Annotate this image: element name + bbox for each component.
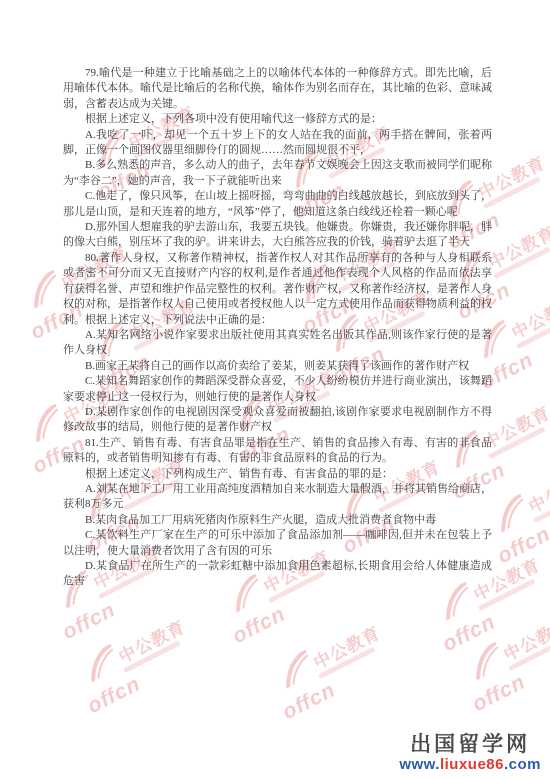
option-a: A.某知名网络小说作家要求出版社使用其真实姓名出版其作品,则该作家行使的是著作人…: [63, 328, 492, 359]
option-b: B.某肉食品加工厂用病死猪肉作原料生产火腿，造成大批消费者食物中毒: [63, 513, 492, 528]
option-a: A.刘某在地下工厂用工业用高纯度酒精加自来水制造大量假酒，并将其销售给商店，获利…: [63, 482, 492, 513]
watermark-brand-cn: 中公教育: [116, 618, 188, 666]
url-www: www.: [399, 756, 440, 773]
watermark-brand-en: offcn: [469, 622, 550, 715]
offcn-swoosh-icon: [23, 270, 65, 309]
option-b: B.多么熟悉的声音，多么动人的曲子，去年春节文娱晚会上因这支歌而被同学们昵称为“…: [63, 158, 492, 189]
scanned-exam-page: 中公教育offcn中公教育offcn中公教育offcn中公教育offcn中公教育…: [0, 0, 550, 778]
watermark-tagline-bar: [516, 317, 550, 350]
offcn-watermark: 中公教育offcn: [490, 441, 550, 561]
watermark-brand-cn: 中公教育: [311, 624, 383, 672]
site-logo-text: 出国留学网: [399, 734, 541, 756]
offcn-watermark: 中公教育offcn: [275, 597, 435, 717]
url-tld: .com: [504, 756, 541, 773]
watermark-tagline-bar: [318, 647, 376, 680]
watermark-tagline-bar: [493, 247, 550, 280]
question-instruction: 根据上述定义，下列构成生产、销售有毒、有害食品的罪的是：: [63, 467, 492, 482]
watermark-brand-cn: 中公教育: [526, 468, 550, 516]
option-d: D.某食品厂在所生产的一款彩虹糖中添加食用色素超标,长期食用会给人体健康造成危害: [63, 559, 492, 590]
question-81: 81.生产、销售有毒、有害食品罪是指在生产、销售的食品掺入有毒、有害的非食品原料…: [63, 436, 492, 590]
offcn-watermark: 中公教育offcn: [465, 589, 550, 709]
watermark-brand-cn: 中公教育: [486, 224, 550, 272]
question-instruction: 根据上述定义，下列各项中没有使用喻代这一修辞方式的是：: [63, 112, 492, 127]
watermark-brand-en: offcn: [84, 624, 240, 717]
offcn-swoosh-icon: [275, 650, 317, 689]
site-footer: 出国留学网 www.liuxue86.com: [399, 734, 541, 773]
offcn-watermark: 中公教育offcn: [80, 591, 240, 711]
option-a: A.我吃了一吓，却见一个五十岁上下的女人站在我的面前，两手搭在髀间，张着两脚，正…: [63, 128, 492, 159]
url-domain: liuxue86: [440, 756, 504, 773]
option-c: C.某饮料生产厂家在生产的可乐中添加了食品添加剂——咖啡因,但并未在包装上予以注…: [63, 528, 492, 559]
option-b: B.画家王某将自己的画作以高价卖给了姜某，则姜某获得了该画作的著作财产权: [63, 359, 492, 374]
watermark-tagline-bar: [508, 639, 550, 672]
option-c: C.某知名舞蹈家创作的舞蹈深受群众喜爱，不少人纷纷模仿并进行商业演出，该舞蹈家要…: [63, 374, 492, 405]
watermark-brand-en: offcn: [494, 474, 550, 567]
question-79: 79.喻代是一种建立于比喻基础之上的以喻体代本体的一种修辞方式。即先比喻，后用喻…: [63, 66, 492, 251]
question-80: 80.著作人身权，又称著作精神权，指著作权人对其作品所享有的各种与人身相联系或者…: [63, 251, 492, 436]
offcn-swoosh-icon: [465, 642, 507, 681]
offcn-swoosh-icon: [80, 644, 122, 683]
offcn-swoosh-icon: [25, 404, 67, 443]
option-d: D.某剧作家创作的电视剧因深受观众喜爱而被翻拍,该剧作家要求电视剧制作方不得修改…: [63, 405, 492, 436]
watermark-tagline-bar: [123, 641, 181, 674]
watermark-brand-cn: 中公教育: [509, 294, 550, 342]
question-stem: 80.著作人身权，又称著作精神权，指著作权人对其作品所享有的各种与人身相联系或者…: [63, 251, 492, 328]
watermark-brand-en: offcn: [279, 630, 435, 723]
site-url: www.liuxue86.com: [399, 757, 541, 774]
watermark-brand-cn: 中公教育: [501, 616, 550, 664]
question-text-block: 79.喻代是一种建立于比喻基础之上的以喻体代本体的一种修辞方式。即先比喻，后用喻…: [63, 66, 492, 590]
watermark-tagline-bar: [488, 427, 546, 460]
watermark-tagline-bar: [533, 491, 550, 524]
question-stem: 81.生产、销售有毒、有害食品罪是指在生产、销售的食品掺入有毒、有害的非食品原料…: [63, 436, 492, 467]
option-d: D.那外国人想雇我的驴去游山东，我要五块钱。他嫌贵。你嫌贵，我还嫌你胖呢，胖的像…: [63, 220, 492, 251]
offcn-swoosh-icon: [490, 494, 532, 533]
option-c: C.他走了，像只风筝，在山坡上摇呀摇，弯弯曲曲的白线越放越长，到底放到头了，那儿…: [63, 189, 492, 220]
question-stem: 79.喻代是一种建立于比喻基础之上的以喻体代本体的一种修辞方式。即先比喻，后用喻…: [63, 66, 492, 112]
